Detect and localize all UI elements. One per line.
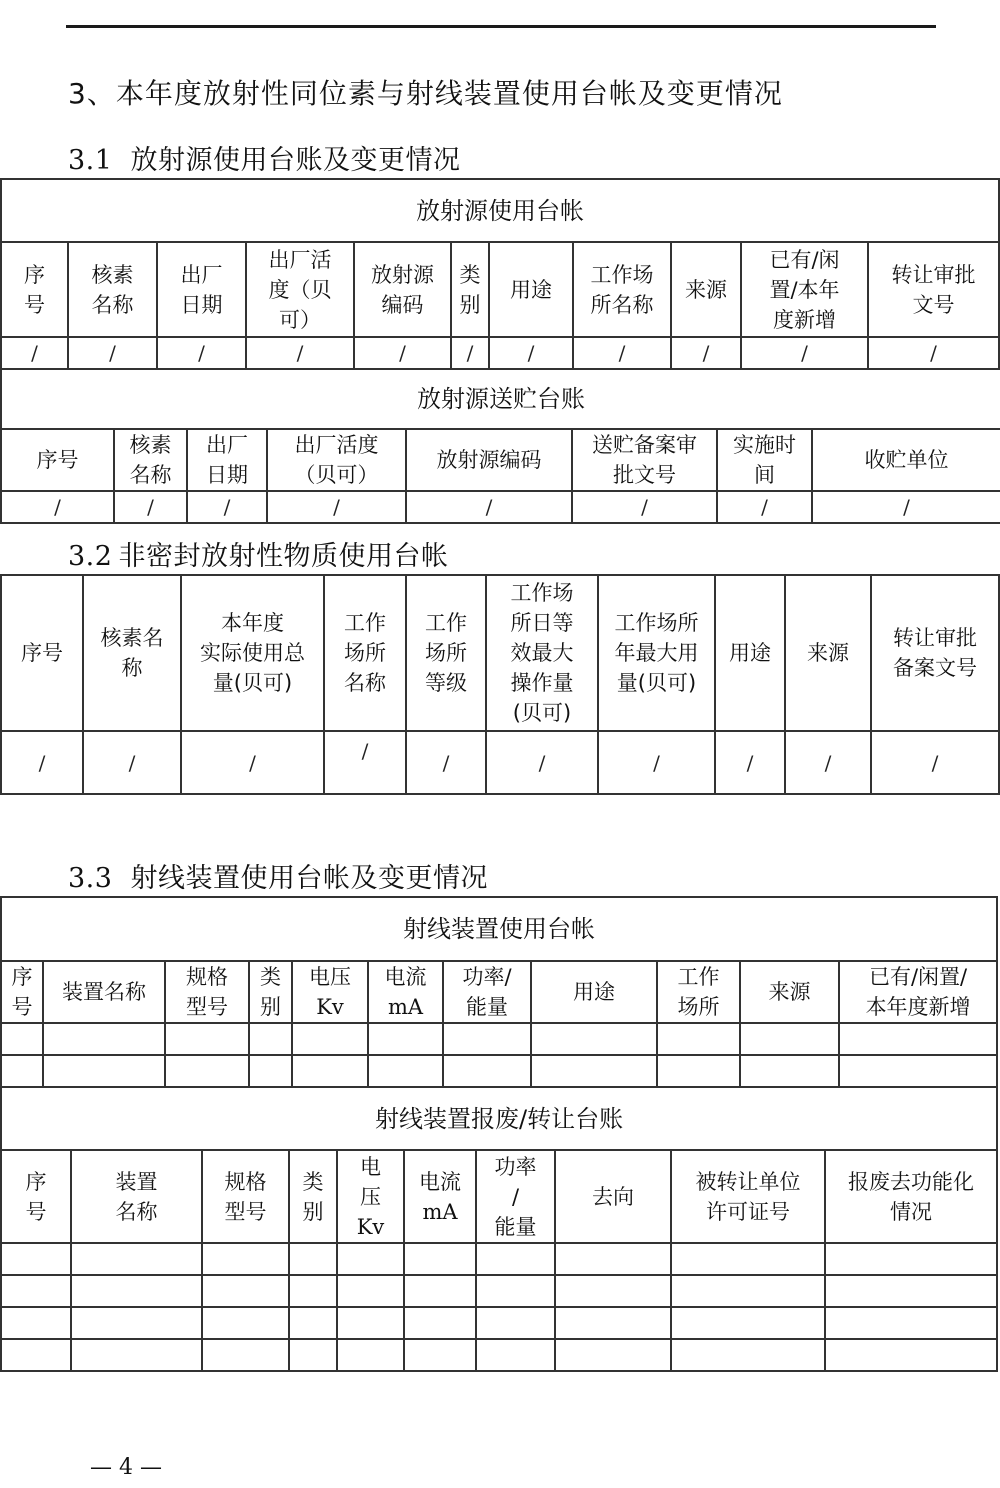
subsection-number: 3.3 — [68, 863, 112, 894]
table-title: 放射源送贮台账 — [1, 369, 1000, 429]
header-cell: 电压Kv — [337, 1150, 404, 1243]
header-cell: 放射源编码 — [406, 429, 572, 491]
header-cell: 装置名称 — [71, 1150, 202, 1243]
header-cell: 出厂活度（贝可） — [267, 429, 406, 491]
table-cell[interactable] — [657, 1055, 740, 1087]
table-cell[interactable] — [671, 1339, 825, 1371]
table-cell[interactable] — [839, 1023, 997, 1055]
header-cell: 放射源编码 — [354, 242, 451, 337]
header-cell: 报废去功能化情况 — [825, 1150, 997, 1243]
header-cell: 规格型号 — [165, 961, 249, 1023]
table-cell[interactable]: / — [1, 337, 68, 369]
table-cell[interactable]: / — [717, 491, 812, 523]
header-cell: 电压Kv — [292, 961, 368, 1023]
table-cell[interactable]: / — [572, 491, 717, 523]
table-cell[interactable]: / — [451, 337, 489, 369]
table-row — [1, 1339, 997, 1371]
table-cell[interactable] — [671, 1275, 825, 1307]
header-cell: 工作场所名称 — [573, 242, 671, 337]
table-cell[interactable] — [368, 1023, 443, 1055]
subsection-3-2-heading: 3.2非密封放射性物质使用台帐 — [68, 534, 448, 573]
table-cell[interactable] — [289, 1275, 337, 1307]
table-cell[interactable] — [443, 1023, 531, 1055]
table-cell[interactable] — [476, 1339, 555, 1371]
header-cell: 实施时间 — [717, 429, 812, 491]
table-cell[interactable] — [671, 1307, 825, 1339]
header-cell: 核素名称 — [68, 242, 157, 337]
header-cell: 用途 — [489, 242, 573, 337]
table-cell[interactable] — [337, 1243, 404, 1275]
table-cell[interactable] — [555, 1307, 671, 1339]
header-cell: 已有/闲置/本年度新增 — [839, 961, 997, 1023]
radioactive-source-usage-ledger: 放射源使用台帐 序号 核素名称 出厂日期 出厂活度（贝可） 放射源编码 类别 用… — [0, 178, 1000, 370]
subsection-3-1-heading: 3.1放射源使用台账及变更情况 — [68, 138, 460, 177]
header-cell: 来源 — [785, 575, 871, 731]
table-cell[interactable]: / — [715, 731, 785, 794]
table-cell[interactable] — [825, 1339, 997, 1371]
header-cell: 装置名称 — [43, 961, 165, 1023]
header-cell: 工作场所等级 — [406, 575, 486, 731]
table-cell[interactable]: / — [868, 337, 999, 369]
header-cell: 功率/能量 — [443, 961, 531, 1023]
table-cell[interactable] — [202, 1339, 289, 1371]
header-cell: 出厂日期 — [157, 242, 246, 337]
table-cell[interactable] — [531, 1055, 657, 1087]
header-cell: 序号 — [1, 242, 68, 337]
table-cell[interactable] — [249, 1023, 292, 1055]
table-cell[interactable] — [657, 1023, 740, 1055]
table-cell[interactable] — [404, 1243, 476, 1275]
table-cell[interactable] — [555, 1339, 671, 1371]
table-cell[interactable] — [404, 1307, 476, 1339]
table-row — [1, 1023, 997, 1055]
header-cell: 类别 — [289, 1150, 337, 1243]
header-cell: 电流mA — [368, 961, 443, 1023]
header-cell: 核素名称 — [114, 429, 187, 491]
table-cell[interactable] — [1, 1339, 71, 1371]
table-cell[interactable]: / — [157, 337, 246, 369]
table-cell[interactable] — [202, 1243, 289, 1275]
header-cell: 收贮单位 — [812, 429, 1000, 491]
table-cell[interactable] — [292, 1023, 368, 1055]
table-cell[interactable] — [202, 1275, 289, 1307]
header-cell: 被转让单位许可证号 — [671, 1150, 825, 1243]
header-cell: 去向 — [555, 1150, 671, 1243]
header-cell: 功率/能量 — [476, 1150, 555, 1243]
table-cell[interactable] — [43, 1055, 165, 1087]
header-cell: 已有/闲置/本年度新增 — [741, 242, 868, 337]
header-cell: 转让审批文号 — [868, 242, 999, 337]
table-cell[interactable] — [476, 1243, 555, 1275]
table-cell[interactable] — [1, 1023, 43, 1055]
table-cell[interactable] — [404, 1339, 476, 1371]
table-cell[interactable] — [1, 1307, 71, 1339]
table-cell[interactable]: / — [785, 731, 871, 794]
table-row — [1, 1275, 997, 1307]
table-cell[interactable] — [1, 1275, 71, 1307]
header-cell: 出厂活度（贝可） — [246, 242, 354, 337]
subsection-title: 射线装置使用台帐及变更情况 — [130, 863, 488, 894]
table-cell[interactable] — [368, 1055, 443, 1087]
header-cell: 工作场所 — [657, 961, 740, 1023]
table-cell[interactable] — [289, 1307, 337, 1339]
table-cell[interactable]: / — [324, 731, 406, 794]
table-cell[interactable]: / — [671, 337, 741, 369]
header-cell: 类别 — [249, 961, 292, 1023]
table-cell[interactable]: / — [598, 731, 715, 794]
subsection-title: 非密封放射性物质使用台帐 — [118, 541, 448, 572]
table-row — [1, 1307, 997, 1339]
table-cell[interactable] — [71, 1243, 202, 1275]
table-cell[interactable]: / — [741, 337, 868, 369]
table-cell[interactable] — [404, 1275, 476, 1307]
table-cell[interactable] — [289, 1243, 337, 1275]
header-rule — [66, 25, 936, 28]
table-header-row: 序号 装置名称 规格型号 类别 电压Kv 电流mA 功率/能量 用途 工作场所 … — [1, 961, 997, 1023]
table-cell[interactable] — [825, 1243, 997, 1275]
table-cell[interactable]: / — [187, 491, 267, 523]
table-title: 射线装置报废/转让台账 — [1, 1087, 997, 1150]
ray-device-usage-ledger: 射线装置使用台帐 序号 装置名称 规格型号 类别 电压Kv 电流mA 功率/能量… — [0, 896, 998, 1088]
table-cell[interactable] — [249, 1055, 292, 1087]
page-number: — 4 — — [90, 1455, 162, 1480]
header-cell: 来源 — [740, 961, 839, 1023]
unsealed-material-usage-ledger: 序号 核素名称 本年度实际使用总量(贝可) 工作场所名称 工作场所等级 工作场所… — [0, 574, 1000, 795]
table-header-row: 序号 核素名称 本年度实际使用总量(贝可) 工作场所名称 工作场所等级 工作场所… — [1, 575, 999, 731]
unsealed-material-table-wrap: 序号 核素名称 本年度实际使用总量(贝可) 工作场所名称 工作场所等级 工作场所… — [0, 574, 998, 795]
table-cell[interactable]: / — [246, 337, 354, 369]
table-title: 放射源使用台帐 — [1, 179, 999, 242]
table-cell[interactable] — [476, 1307, 555, 1339]
table-cell[interactable]: / — [489, 337, 573, 369]
table-cell[interactable] — [337, 1339, 404, 1371]
table-cell[interactable]: / — [83, 731, 181, 794]
table-cell[interactable] — [825, 1275, 997, 1307]
table-cell[interactable] — [337, 1307, 404, 1339]
header-cell: 转让审批备案文号 — [871, 575, 999, 731]
header-cell: 工作场所名称 — [324, 575, 406, 731]
table-row — [1, 1243, 997, 1275]
table-cell[interactable]: / — [354, 337, 451, 369]
ray-device-disposal-ledger: 射线装置报废/转让台账 序号 装置名称 规格型号 类别 电压Kv 电流mA 功率… — [0, 1086, 998, 1372]
header-cell: 工作场所日等效最大操作量(贝可) — [486, 575, 598, 731]
header-cell: 规格型号 — [202, 1150, 289, 1243]
table-row — [1, 1055, 997, 1087]
radioactive-source-tables: 放射源使用台帐 序号 核素名称 出厂日期 出厂活度（贝可） 放射源编码 类别 用… — [0, 178, 998, 524]
subsection-number: 3.1 — [68, 145, 112, 176]
table-cell[interactable] — [671, 1243, 825, 1275]
table-cell[interactable] — [555, 1275, 671, 1307]
table-cell[interactable] — [165, 1023, 249, 1055]
subsection-3-3-heading: 3.3射线装置使用台帐及变更情况 — [68, 856, 488, 895]
table-cell[interactable] — [71, 1339, 202, 1371]
table-header-row: 序号 核素名称 出厂日期 出厂活度（贝可） 放射源编码 类别 用途 工作场所名称… — [1, 242, 999, 337]
ray-device-tables: 射线装置使用台帐 序号 装置名称 规格型号 类别 电压Kv 电流mA 功率/能量… — [0, 896, 998, 1372]
header-cell: 本年度实际使用总量(贝可) — [181, 575, 324, 731]
header-cell: 用途 — [715, 575, 785, 731]
table-cell[interactable] — [337, 1275, 404, 1307]
table-cell[interactable]: / — [406, 731, 486, 794]
table-cell[interactable] — [292, 1055, 368, 1087]
table-cell[interactable]: / — [181, 731, 324, 794]
table-cell[interactable]: / — [406, 491, 572, 523]
table-cell[interactable] — [740, 1055, 839, 1087]
header-cell: 序号 — [1, 575, 83, 731]
header-cell: 来源 — [671, 242, 741, 337]
header-cell: 序号 — [1, 429, 114, 491]
table-header-row: 序号 装置名称 规格型号 类别 电压Kv 电流mA 功率/能量 去向 被转让单位… — [1, 1150, 997, 1243]
table-cell[interactable]: / — [573, 337, 671, 369]
header-cell: 送贮备案审批文号 — [572, 429, 717, 491]
table-cell[interactable] — [839, 1055, 997, 1087]
table-row: / / / / / / / / / / — [1, 731, 999, 794]
subsection-title: 放射源使用台账及变更情况 — [130, 145, 460, 176]
subsection-number: 3.2 — [68, 541, 112, 572]
radioactive-source-storage-ledger: 放射源送贮台账 序号 核素名称 出厂日期 出厂活度（贝可） 放射源编码 送贮备案… — [0, 368, 1000, 524]
table-cell[interactable] — [740, 1023, 839, 1055]
table-cell[interactable]: / — [1, 731, 83, 794]
header-cell: 用途 — [531, 961, 657, 1023]
table-row: / / / / / / / / / / / — [1, 337, 999, 369]
table-cell[interactable]: / — [267, 491, 406, 523]
table-cell[interactable]: / — [486, 731, 598, 794]
header-cell: 核素名称 — [83, 575, 181, 731]
header-cell: 工作场所年最大用量(贝可) — [598, 575, 715, 731]
table-cell[interactable]: / — [68, 337, 157, 369]
table-cell[interactable] — [1, 1055, 43, 1087]
table-header-row: 序号 核素名称 出厂日期 出厂活度（贝可） 放射源编码 送贮备案审批文号 实施时… — [1, 429, 1000, 491]
table-cell[interactable] — [202, 1307, 289, 1339]
table-cell[interactable] — [71, 1307, 202, 1339]
table-cell[interactable]: / — [1, 491, 114, 523]
header-cell: 序号 — [1, 1150, 71, 1243]
table-cell[interactable] — [531, 1023, 657, 1055]
table-cell[interactable]: / — [871, 731, 999, 794]
table-cell[interactable] — [443, 1055, 531, 1087]
table-cell[interactable]: / — [812, 491, 1000, 523]
header-cell: 序号 — [1, 961, 43, 1023]
table-cell[interactable] — [555, 1243, 671, 1275]
table-cell[interactable] — [476, 1275, 555, 1307]
table-cell[interactable] — [825, 1307, 997, 1339]
section-title: 3、本年度放射性同位素与射线装置使用台帐及变更情况 — [68, 72, 783, 112]
table-cell[interactable] — [289, 1339, 337, 1371]
table-cell[interactable]: / — [114, 491, 187, 523]
header-cell: 出厂日期 — [187, 429, 267, 491]
header-cell: 类别 — [451, 242, 489, 337]
table-row: / / / / / / / / — [1, 491, 1000, 523]
table-cell[interactable] — [165, 1055, 249, 1087]
table-cell[interactable] — [71, 1275, 202, 1307]
header-cell: 电流mA — [404, 1150, 476, 1243]
table-cell[interactable] — [1, 1243, 71, 1275]
table-title: 射线装置使用台帐 — [1, 897, 997, 961]
table-cell[interactable] — [43, 1023, 165, 1055]
